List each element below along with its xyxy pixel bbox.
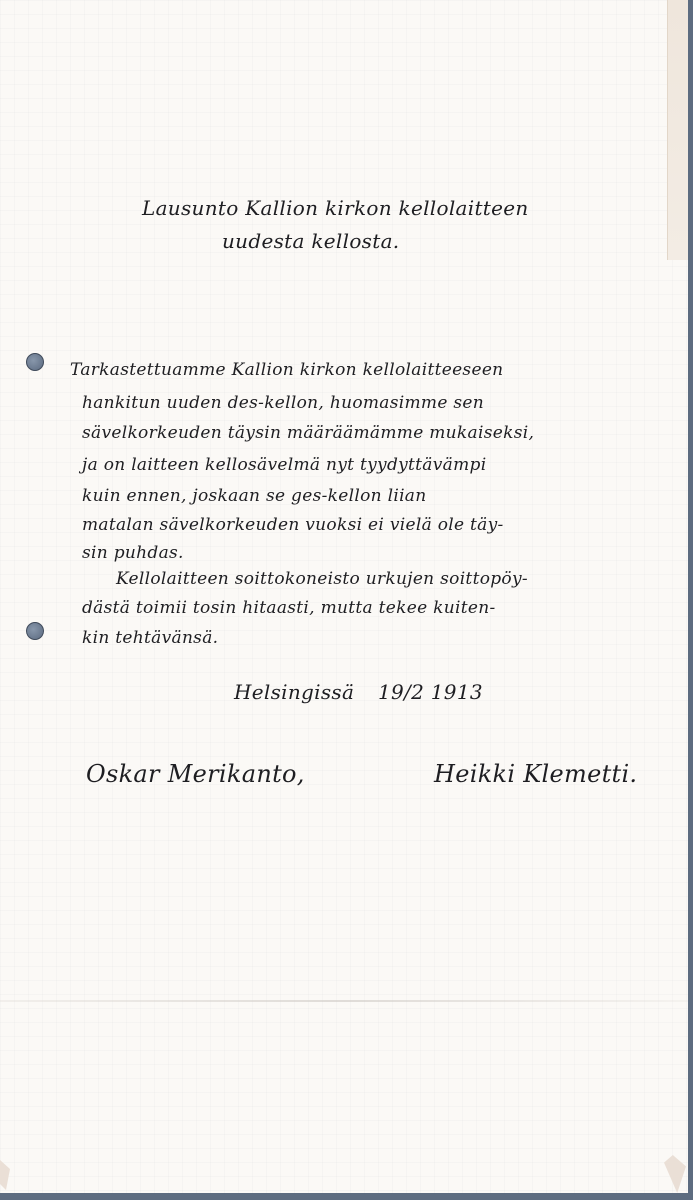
- place-label: Helsingissä: [234, 680, 354, 704]
- punch-hole-icon: [26, 353, 44, 371]
- body-line: ja on laitteen kellosävelmä nyt tyydyttä…: [82, 455, 486, 475]
- photo-corner-mount-right: [664, 1155, 686, 1193]
- punch-hole-icon: [26, 622, 44, 640]
- paper-fold-line: [0, 1000, 688, 1002]
- body-line: Kellolaitteen soittokoneisto urkujen soi…: [116, 569, 528, 589]
- signature-oskar-merikanto: Oskar Merikanto,: [86, 760, 305, 788]
- date-label: 19/2 1913: [378, 680, 483, 704]
- torn-paper-edge: [667, 0, 688, 260]
- body-line: kin tehtävänsä.: [82, 628, 218, 648]
- body-line: kuin ennen, joskaan se ges-kellon liian: [82, 486, 427, 506]
- document-page: Lausunto Kallion kirkon kellolaitteen uu…: [0, 0, 688, 1193]
- document-title-line-2: uudesta kellosta.: [222, 229, 399, 253]
- signature-heikki-klemetti: Heikki Klemetti.: [434, 760, 637, 788]
- body-line: sävelkorkeuden täysin määräämämme mukais…: [82, 423, 534, 443]
- body-line: sin puhdas.: [82, 543, 184, 563]
- body-line: Tarkastettuamme Kallion kirkon kellolait…: [70, 360, 503, 380]
- body-line: hankitun uuden des-kellon, huomasimme se…: [82, 393, 484, 413]
- document-title-line-1: Lausunto Kallion kirkon kellolaitteen: [142, 196, 529, 220]
- body-line: matalan sävelkorkeuden vuoksi ei vielä o…: [82, 515, 504, 535]
- photo-corner-mount-left: [0, 1160, 10, 1190]
- body-line: dästä toimii tosin hitaasti, mutta tekee…: [82, 598, 496, 618]
